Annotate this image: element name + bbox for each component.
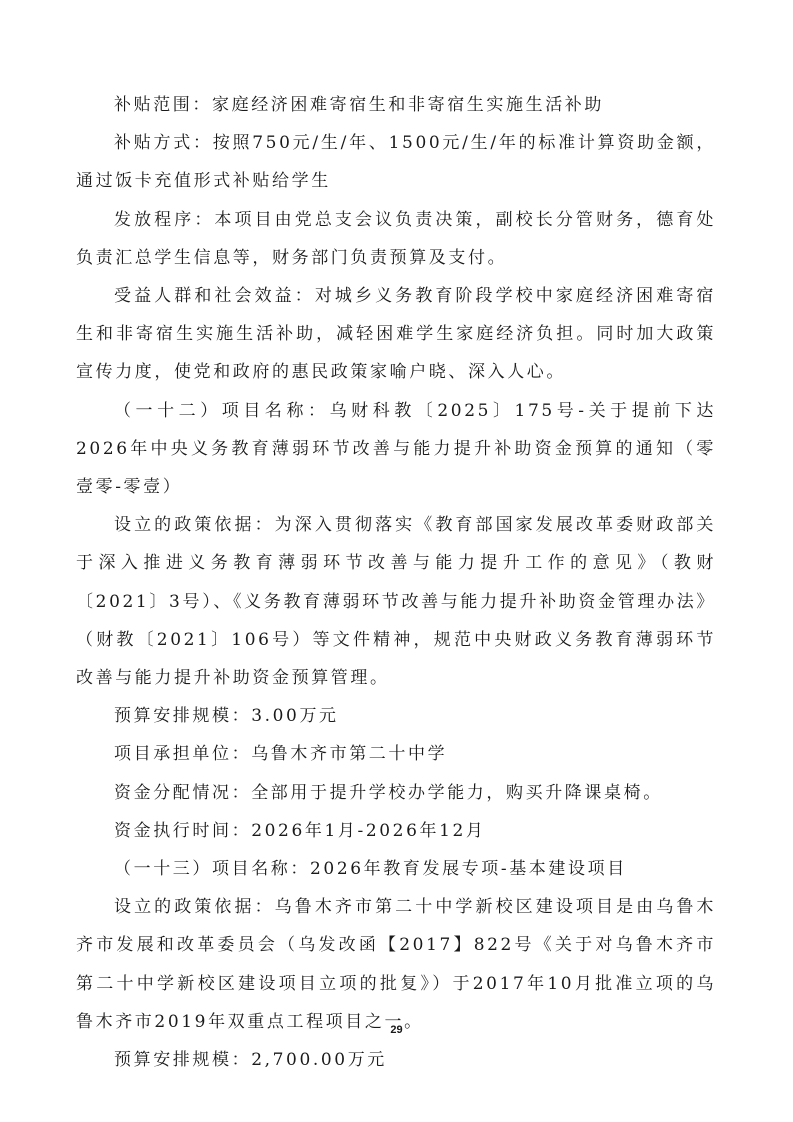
paragraph-project-13-policy-basis: 设立的政策依据：乌鲁木齐市第二十中学新校区建设项目是由乌鲁木齐市发展和改革委员会… [76,888,716,1041]
paragraph-project-13-budget: 预算安排规模：2,700.00万元 [76,1041,716,1079]
paragraph-project-12-execution-time: 资金执行时间：2026年1月-2026年12月 [76,812,716,850]
paragraph-project-13-name: （一十三）项目名称：2026年教育发展专项-基本建设项目 [76,850,716,888]
paragraph-project-12-budget: 预算安排规模：3.00万元 [76,697,716,735]
paragraph-subsidy-scope: 补贴范围：家庭经济困难寄宿生和非寄宿生实施生活补助 [76,86,716,124]
document-page: 补贴范围：家庭经济困难寄宿生和非寄宿生实施生活补助 补贴方式：按照750元/生/… [0,0,793,1122]
paragraph-project-12-allocation: 资金分配情况：全部用于提升学校办学能力，购买升降课桌椅。 [76,774,716,812]
page-number: 29 [0,1024,793,1036]
paragraph-project-12-unit: 项目承担单位：乌鲁木齐市第二十中学 [76,735,716,773]
paragraph-project-12-name: （一十二）项目名称：乌财科教〔2025〕175号-关于提前下达2026年中央义务… [76,392,716,507]
paragraph-project-12-policy-basis: 设立的政策依据：为深入贯彻落实《教育部国家发展改革委财政部关于深入推进义务教育薄… [76,506,716,697]
paragraph-distribution-procedure: 发放程序：本项目由党总支会议负责决策，副校长分管财务，德育处负责汇总学生信息等，… [76,201,716,277]
document-body: 补贴范围：家庭经济困难寄宿生和非寄宿生实施生活补助 补贴方式：按照750元/生/… [76,86,716,1079]
paragraph-subsidy-method: 补贴方式：按照750元/生/年、1500元/生/年的标准计算资助金额，通过饭卡充… [76,124,716,200]
paragraph-beneficiaries: 受益人群和社会效益：对城乡义务教育阶段学校中家庭经济困难寄宿生和非寄宿生实施生活… [76,277,716,392]
